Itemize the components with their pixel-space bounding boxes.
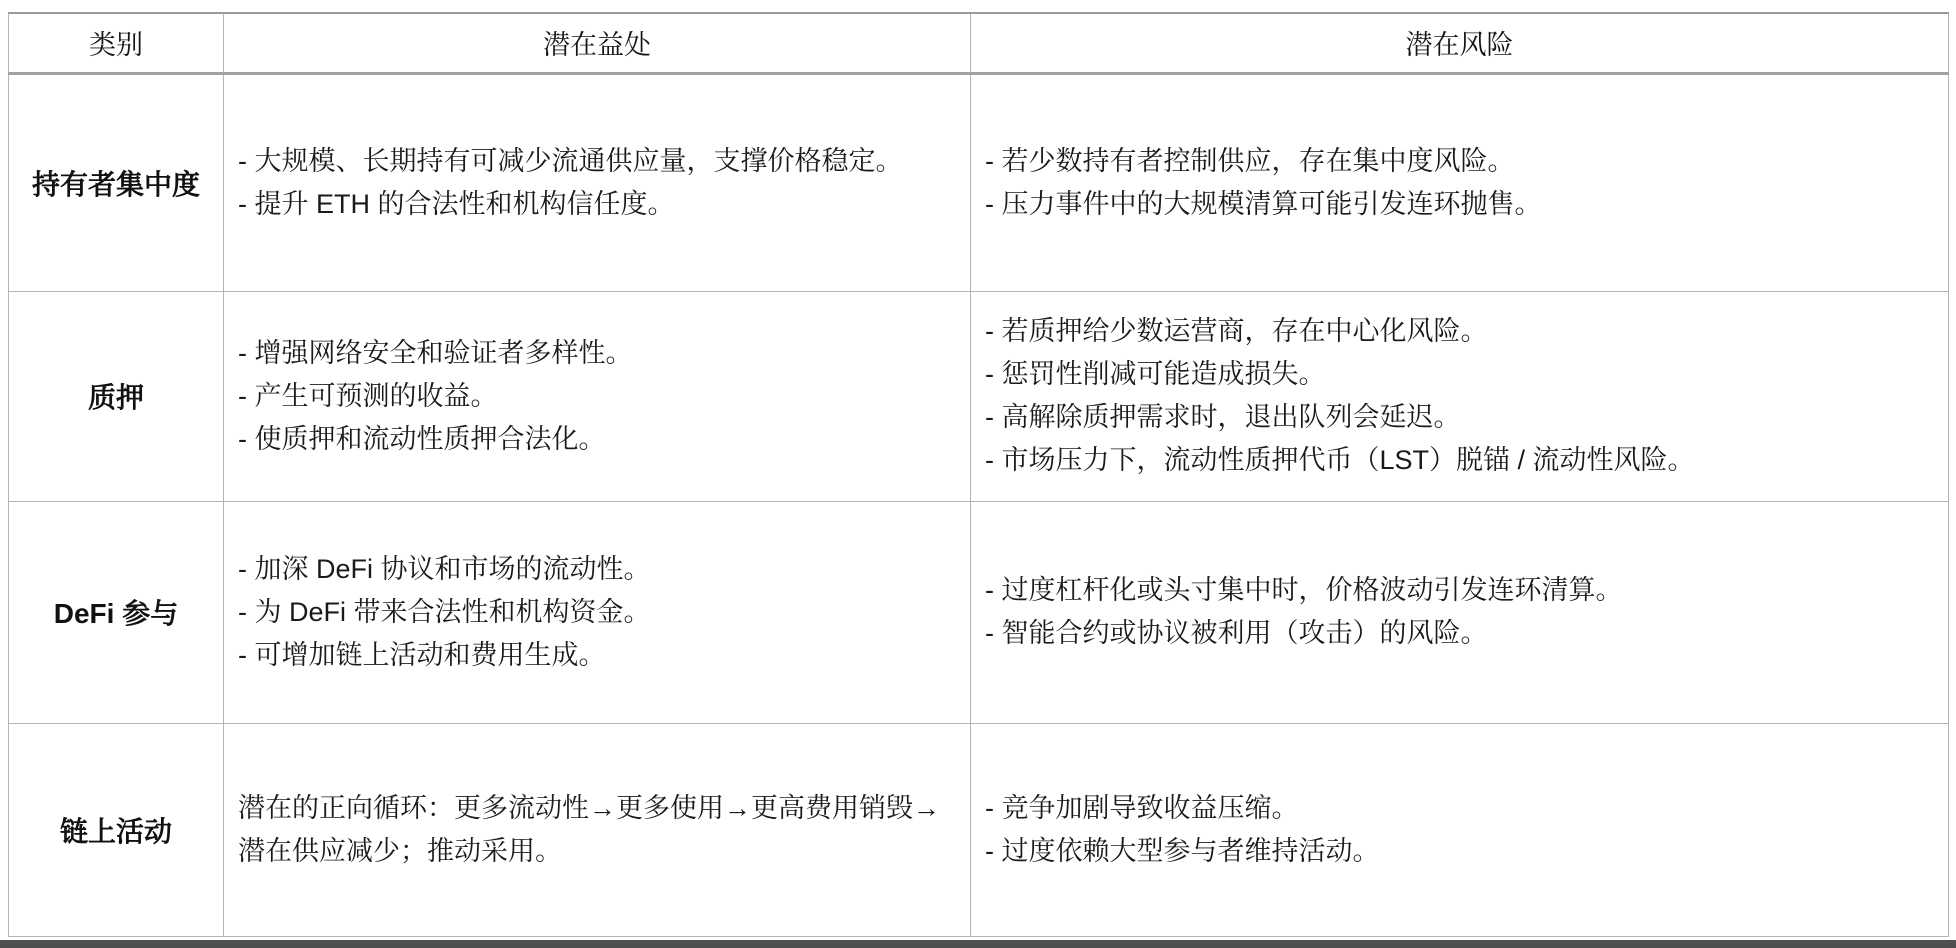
table-row-defi-participation: DeFi 参与 - 加深 DeFi 协议和市场的流动性。 - 为 DeFi 带来… [9,501,1949,723]
comparison-table: 类别 潜在益处 潜在风险 持有者集中度 - 大规模、长期持有可减少流通供应量，支… [8,12,1949,937]
risk-line: - 若少数持有者控制供应，存在集中度风险。 [985,140,1938,183]
benefit-line: - 大规模、长期持有可减少流通供应量，支撑价格稳定。 [238,140,960,183]
page: 类别 潜在益处 潜在风险 持有者集中度 - 大规模、长期持有可减少流通供应量，支… [0,0,1956,948]
col-header-benefits: 潜在益处 [224,13,971,73]
col-header-risks: 潜在风险 [971,13,1949,73]
benefits-cell: - 大规模、长期持有可减少流通供应量，支撑价格稳定。 - 提升 ETH 的合法性… [224,73,971,291]
table-row-staking: 质押 - 增强网络安全和验证者多样性。 - 产生可预测的收益。 - 使质押和流动… [9,291,1949,501]
risks-cell: - 若质押给少数运营商，存在中心化风险。 - 惩罚性削减可能造成损失。 - 高解… [971,291,1949,501]
benefit-line: - 使质押和流动性质押合法化。 [238,418,960,461]
col-header-category: 类别 [9,13,224,73]
benefits-cell: - 增强网络安全和验证者多样性。 - 产生可预测的收益。 - 使质押和流动性质押… [224,291,971,501]
benefit-line: - 提升 ETH 的合法性和机构信任度。 [238,183,960,226]
benefit-line: - 可增加链上活动和费用生成。 [238,634,960,677]
risk-line: - 过度杠杆化或头寸集中时，价格波动引发连环清算。 [985,569,1938,612]
row-category: 链上活动 [9,723,224,936]
benefit-line: - 增强网络安全和验证者多样性。 [238,332,960,375]
risk-line: - 若质押给少数运营商，存在中心化风险。 [985,310,1938,353]
row-category: 质押 [9,291,224,501]
benefits-cell: - 加深 DeFi 协议和市场的流动性。 - 为 DeFi 带来合法性和机构资金… [224,501,971,723]
risk-line: - 市场压力下，流动性质押代币（LST）脱锚 / 流动性风险。 [985,439,1938,482]
table-row-holder-concentration: 持有者集中度 - 大规模、长期持有可减少流通供应量，支撑价格稳定。 - 提升 E… [9,73,1949,291]
risks-cell: - 竞争加剧导致收益压缩。 - 过度依赖大型参与者维持活动。 [971,723,1949,936]
benefit-line: 潜在的正向循环：更多流动性→更多使用→更高费用销毁→潜在供应减少；推动采用。 [238,787,960,873]
benefits-cell: 潜在的正向循环：更多流动性→更多使用→更高费用销毁→潜在供应减少；推动采用。 [224,723,971,936]
risks-cell: - 若少数持有者控制供应，存在集中度风险。 - 压力事件中的大规模清算可能引发连… [971,73,1949,291]
header-row: 类别 潜在益处 潜在风险 [9,13,1949,73]
risk-line: - 惩罚性削减可能造成损失。 [985,353,1938,396]
benefit-line: - 为 DeFi 带来合法性和机构资金。 [238,591,960,634]
risk-line: - 竞争加剧导致收益压缩。 [985,787,1938,830]
window-bottom-edge [0,940,1956,948]
risks-cell: - 过度杠杆化或头寸集中时，价格波动引发连环清算。 - 智能合约或协议被利用（攻… [971,501,1949,723]
risk-line: - 过度依赖大型参与者维持活动。 [985,830,1938,873]
row-category: 持有者集中度 [9,73,224,291]
risk-line: - 压力事件中的大规模清算可能引发连环抛售。 [985,183,1938,226]
table-row-onchain-activity: 链上活动 潜在的正向循环：更多流动性→更多使用→更高费用销毁→潜在供应减少；推动… [9,723,1949,936]
benefit-line: - 加深 DeFi 协议和市场的流动性。 [238,548,960,591]
risk-line: - 智能合约或协议被利用（攻击）的风险。 [985,612,1938,655]
row-category: DeFi 参与 [9,501,224,723]
risk-line: - 高解除质押需求时，退出队列会延迟。 [985,396,1938,439]
benefit-line: - 产生可预测的收益。 [238,375,960,418]
